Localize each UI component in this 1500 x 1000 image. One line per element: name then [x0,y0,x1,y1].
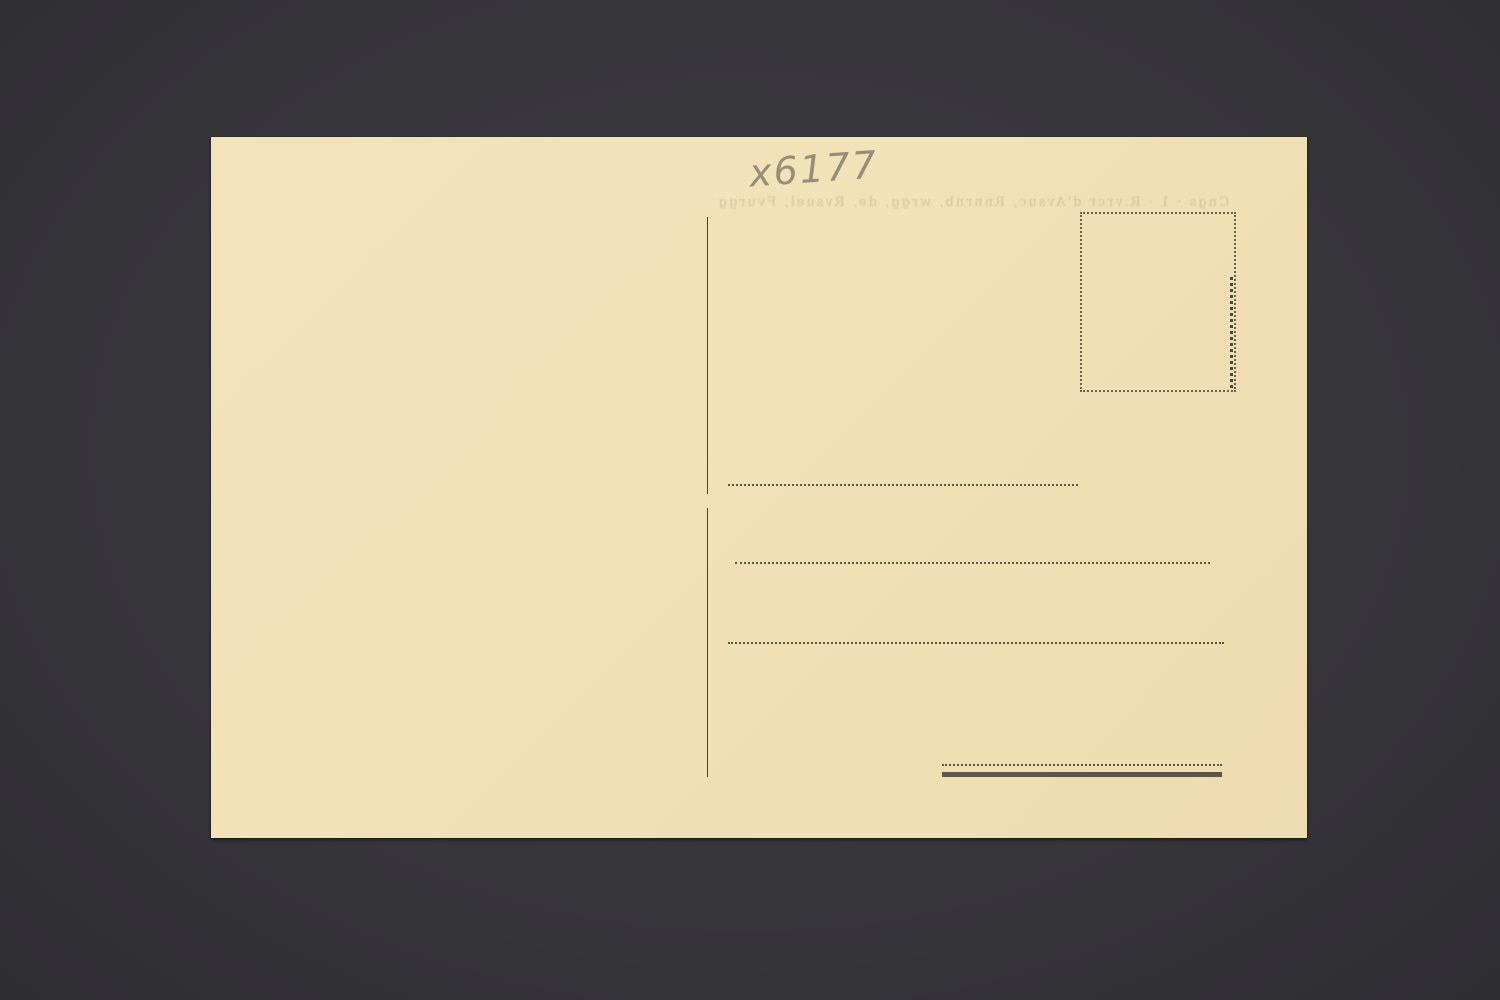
address-line-2 [735,562,1210,564]
publisher-line-show-through: Cngs · 1 · R.vrcr d'Avsuc, Rnnrnb, wrgg,… [289,195,1229,210]
center-divider-upper [707,217,708,494]
stamp-box-edge-accent [1230,277,1233,388]
stamp-placeholder-box [1080,212,1236,392]
center-divider-lower [707,508,708,777]
address-line-3 [728,642,1224,644]
address-line-4 [942,764,1222,766]
underline-bar [942,772,1222,777]
address-line-1 [728,484,1078,486]
handwritten-note: x6177 [748,143,880,196]
postcard-back: Cngs · 1 · R.vrcr d'Avsuc, Rnnrnb, wrgg,… [211,137,1307,838]
